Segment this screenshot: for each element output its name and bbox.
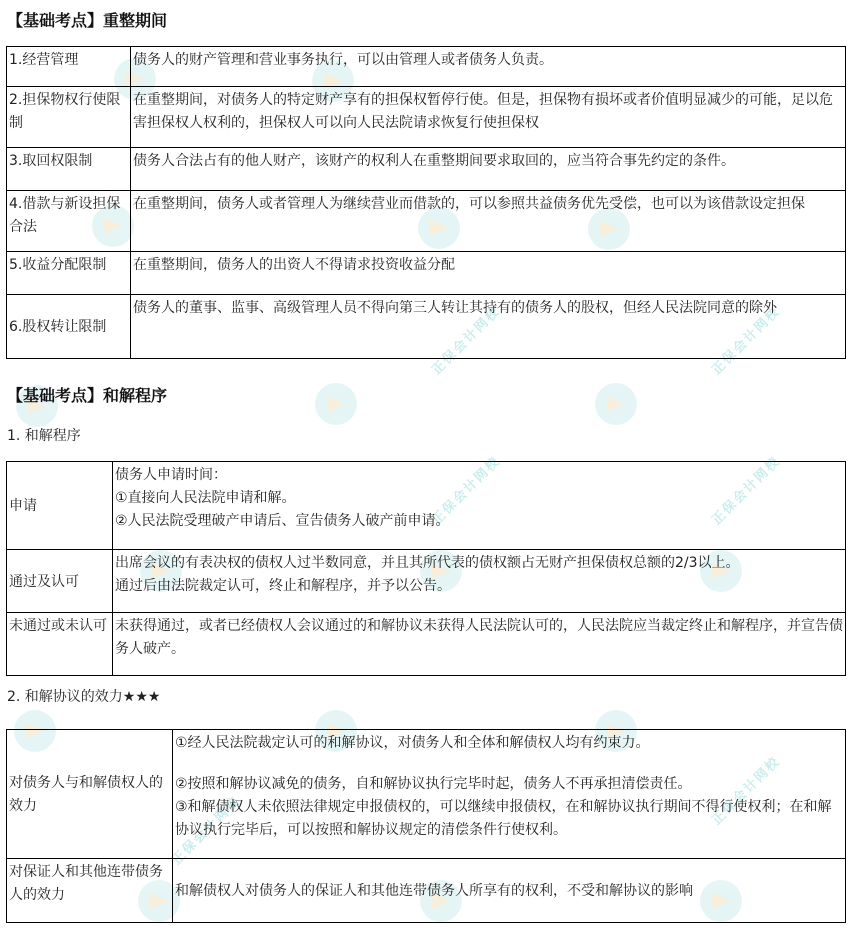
row-content: 债务人的董事、监事、高级管理人员不得向第三人转让其持有的债务人的股权，但经人民法… [131,295,846,359]
row-content: 出席会议的有表决权的债权人过半数同意，并且其所代表的债权额占无财产担保债权总额的… [113,550,846,613]
section1-heading: 【基础考点】重整期间 [7,8,167,31]
row-label: 5.收益分配限制 [7,252,131,295]
row-content: 债务人的财产管理和营业事务执行，可以由管理人或者债务人负责。 [131,47,846,87]
document-content: 【基础考点】重整期间 1.经营管理 债务人的财产管理和营业事务执行，可以由管理人… [0,0,854,934]
table-row: 对债务人与和解债权人的效力 ①经人民法院裁定认可的和解协议，对债务人和全体和解债… [7,730,846,859]
table-row: 3.取回权限制 债务人合法占有的他人财产，该财产的权利人在重整期间要求取回的，应… [7,148,846,191]
table-row: 通过及认可 出席会议的有表决权的债权人过半数同意，并且其所代表的债权额占无财产担… [7,550,846,613]
sub2-heading: 2. 和解协议的效力★★★ [7,686,160,706]
row-label: 1.经营管理 [7,47,131,87]
row-label: 3.取回权限制 [7,148,131,191]
row-content: 在重整期间，债务人的出资人不得请求投资收益分配 [131,252,846,295]
row-content: 未获得通过，或者已经债权人会议通过的和解协议未获得人民法院认可的，人民法院应当裁… [113,613,846,676]
table-row: 5.收益分配限制 在重整期间，债务人的出资人不得请求投资收益分配 [7,252,846,295]
table-row: 6.股权转让限制 债务人的董事、监事、高级管理人员不得向第三人转让其持有的债务人… [7,295,846,359]
row-label: 通过及认可 [7,550,113,613]
table-row: 2.担保物权行使限制 在重整期间，对债务人的特定财产享有的担保权暂停行使。但是，… [7,87,846,148]
row-content: 债务人合法占有的他人财产，该财产的权利人在重整期间要求取回的，应当符合事先约定的… [131,148,846,191]
content-line: 债务人申请时间： [115,464,843,487]
content-line: ②按照和解协议减免的债务，自和解协议执行完毕时起，债务人不再承担清偿责任。 [175,773,843,796]
table-row: 申请 债务人申请时间： ①直接向人民法院申请和解。 ②人民法院受理破产申请后、宣… [7,462,846,550]
content-line: ③和解债权人未依照法律规定申报债权的，可以继续申报债权，在和解协议执行期间不得行… [175,796,843,842]
section2-heading: 【基础考点】和解程序 [7,383,167,406]
content-line: 出席会议的有表决权的债权人过半数同意，并且其所代表的债权额占无财产担保债权总额的… [115,552,843,575]
row-content: 在重整期间，债务人或者管理人为继续营业而借款的，可以参照共益债务优先受偿，也可以… [131,191,846,252]
table-row: 4.借款与新设担保合法 在重整期间，债务人或者管理人为继续营业而借款的，可以参照… [7,191,846,252]
sub1-heading: 1. 和解程序 [7,425,81,445]
agreement-effect-table: 对债务人与和解债权人的效力 ①经人民法院裁定认可的和解协议，对债务人和全体和解债… [6,729,846,923]
row-label: 未通过或未认可 [7,613,113,676]
row-content: 在重整期间，对债务人的特定财产享有的担保权暂停行使。但是，担保物有损坏或者价值明… [131,87,846,148]
row-label: 申请 [7,462,113,550]
row-content: 债务人申请时间： ①直接向人民法院申请和解。 ②人民法院受理破产申请后、宣告债务… [113,462,846,550]
composition-procedure-table: 申请 债务人申请时间： ①直接向人民法院申请和解。 ②人民法院受理破产申请后、宣… [6,461,846,676]
row-label: 6.股权转让限制 [7,295,131,359]
row-label: 对保证人和其他连带债务人的效力 [7,859,173,923]
row-label: 4.借款与新设担保合法 [7,191,131,252]
restructuring-period-table: 1.经营管理 债务人的财产管理和营业事务执行，可以由管理人或者债务人负责。 2.… [6,46,846,359]
content-line: ①直接向人民法院申请和解。 [115,487,843,510]
table-row: 未通过或未认可 未获得通过，或者已经债权人会议通过的和解协议未获得人民法院认可的… [7,613,846,676]
row-content: ①经人民法院裁定认可的和解协议，对债务人和全体和解债权人均有约束力。 ②按照和解… [173,730,846,859]
content-line: 通过后由法院裁定认可，终止和解程序，并予以公告。 [115,575,843,598]
row-content: 和解债权人对债务人的保证人和其他连带债务人所享有的权利，不受和解协议的影响 [173,859,846,923]
table-row: 1.经营管理 债务人的财产管理和营业事务执行，可以由管理人或者债务人负责。 [7,47,846,87]
row-label: 对债务人与和解债权人的效力 [7,730,173,859]
content-line: ②人民法院受理破产申请后、宣告债务人破产前申请。 [115,510,843,533]
table-row: 对保证人和其他连带债务人的效力 和解债权人对债务人的保证人和其他连带债务人所享有… [7,859,846,923]
spacer [175,755,843,773]
row-label: 2.担保物权行使限制 [7,87,131,148]
content-line: ①经人民法院裁定认可的和解协议，对债务人和全体和解债权人均有约束力。 [175,732,843,755]
